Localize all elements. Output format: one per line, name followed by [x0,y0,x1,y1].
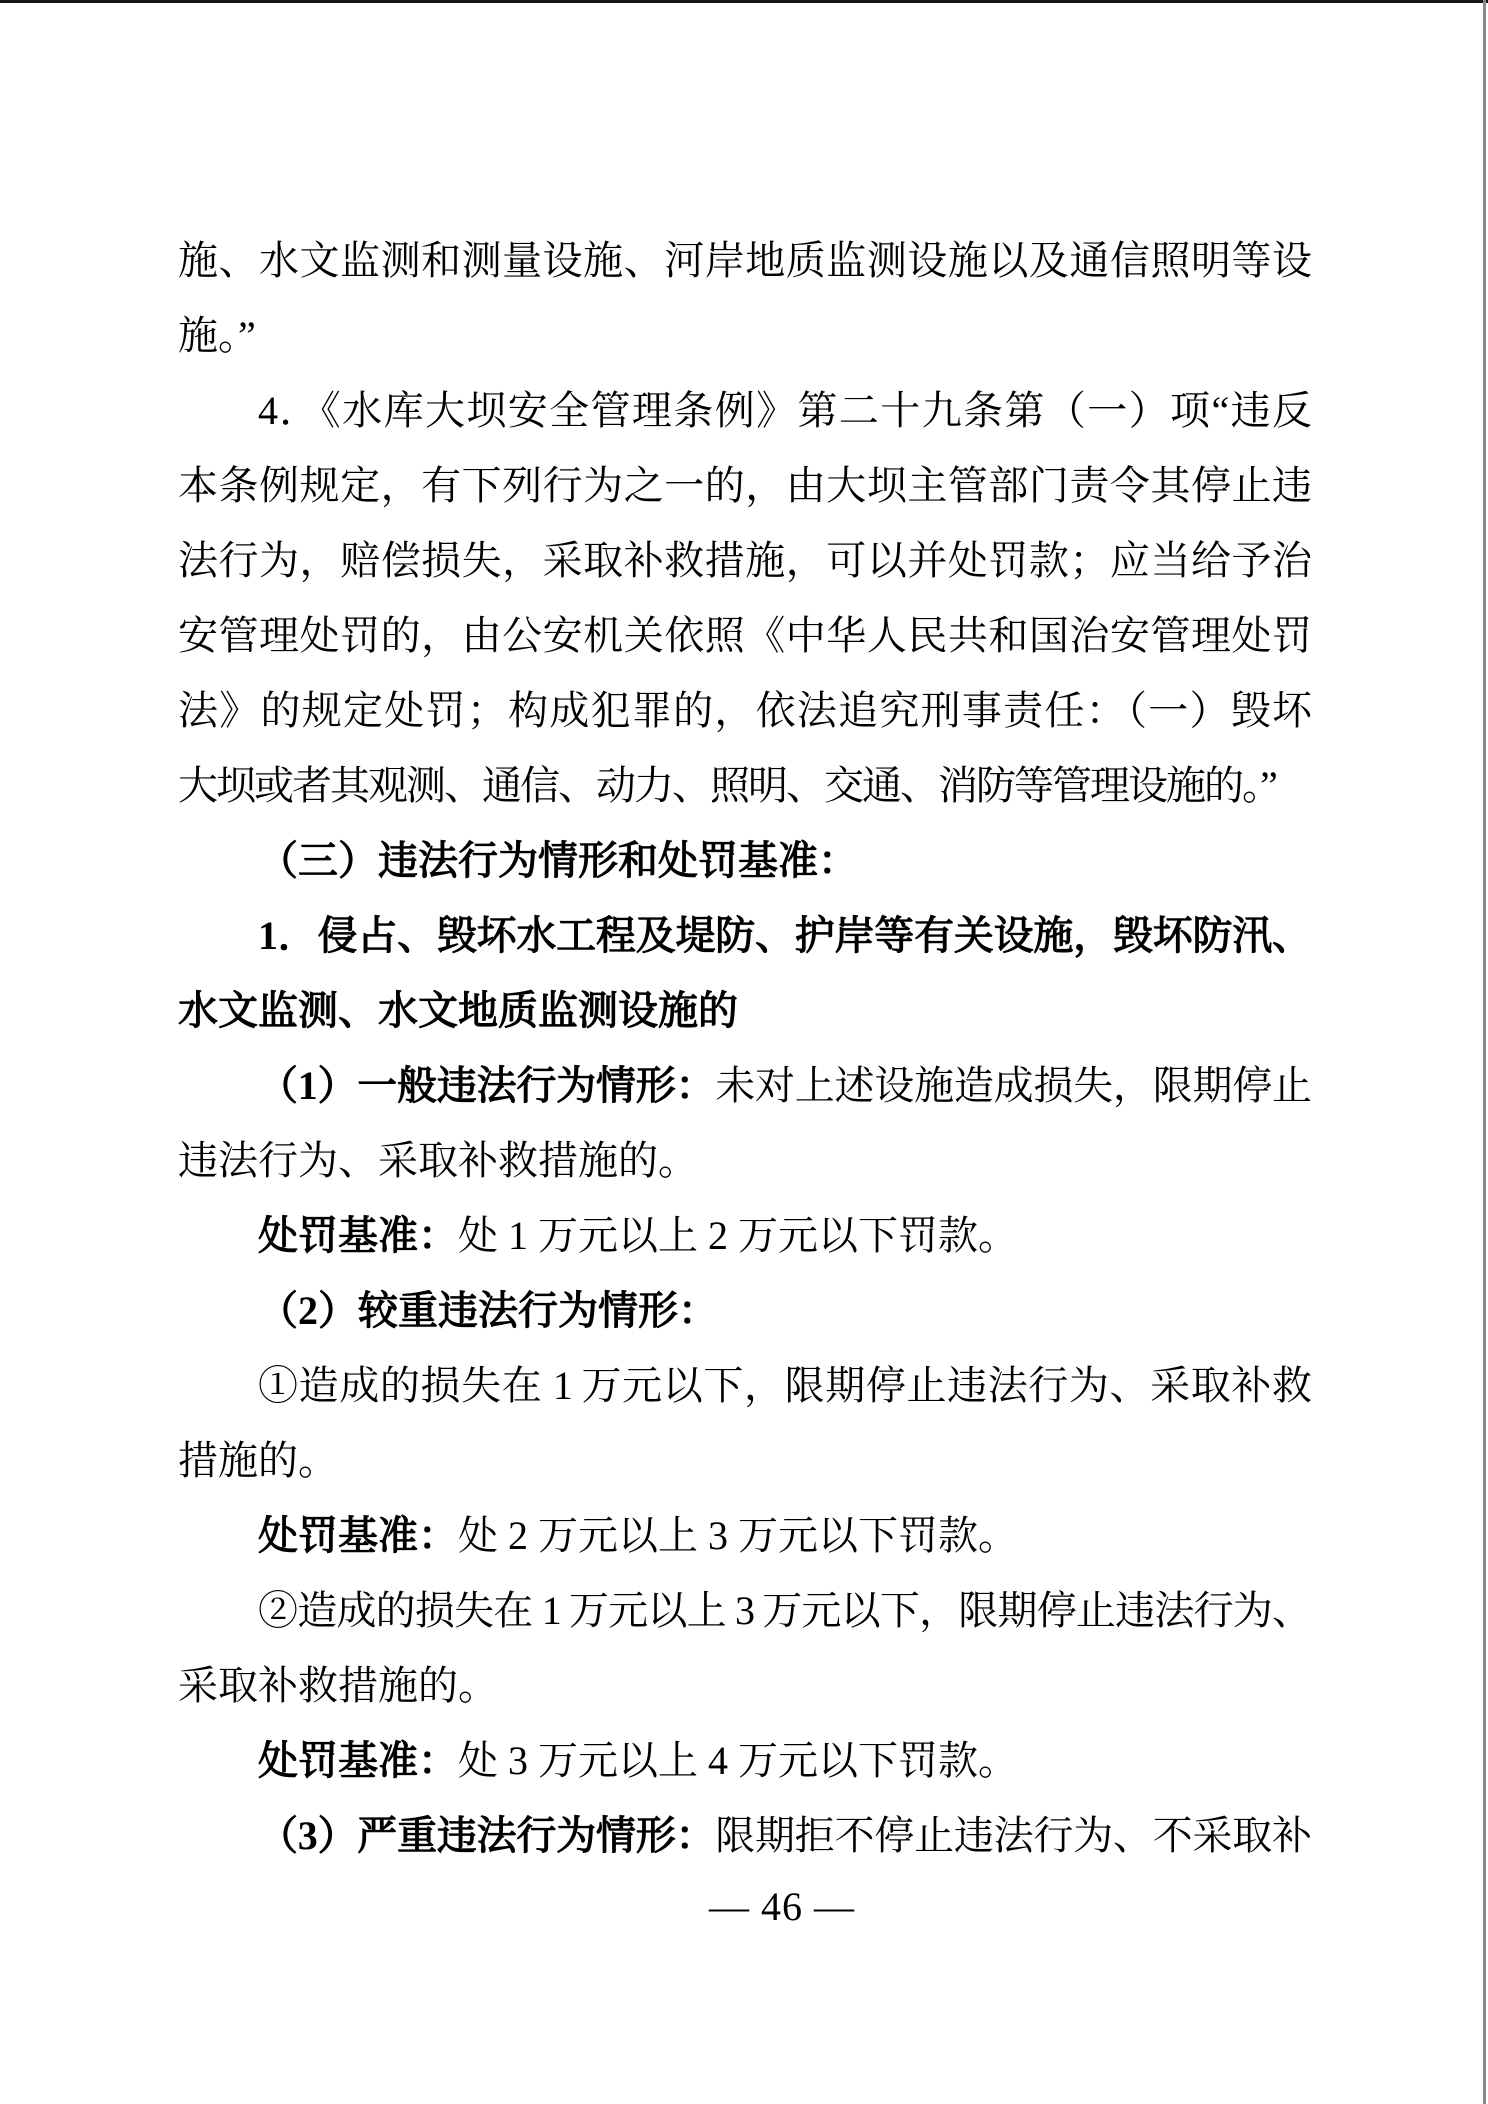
text-run: 未对上述设施造成损失，限期停止 [715,1063,1310,1108]
text-line: 违法行为、采取补救措施的。 [178,1123,1310,1198]
text-line: 处罚基准：处 2 万元以上 3 万元以下罚款。 [178,1498,1310,1573]
bold-text-run: 处罚基准： [258,1738,458,1783]
text-run: 施、水文监测和测量设施、河岸地质监测设施以及通信照明等设 [178,238,1310,283]
text-run: 采取补救措施的。 [178,1663,498,1708]
text-line: 法》的规定处罚；构成犯罪的，依法追究刑事责任：（一）毁坏 [178,673,1310,748]
document-body: 施、水文监测和测量设施、河岸地质监测设施以及通信照明等设施。”4．《水库大坝安全… [178,223,1310,1873]
text-run: 大坝或者其观测、通信、动力、照明、交通、消防等管理设施的。” [178,763,1276,808]
text-line: 安管理处罚的，由公安机关依照《中华人民共和国治安管理处罚 [178,598,1310,673]
law-citation-4: 4．《水库大坝安全管理条例》第二十九条第（一）项“违反本条例规定，有下列行为之一… [178,373,1310,823]
heavier-violation-heading: （2）较重违法行为情形： [178,1273,1310,1348]
text-line: 措施的。 [178,1423,1310,1498]
text-run: 法行为，赔偿损失，采取补救措施，可以并处罚款；应当给予治 [178,538,1310,583]
text-line: ①造成的损失在 1 万元以下，限期停止违法行为、采取补救 [178,1348,1310,1423]
text-run: 措施的。 [178,1438,338,1483]
text-line: 1．侵占、毁坏水工程及堤防、护岸等有关设施，毁坏防汛、 [178,898,1310,973]
text-line: 法行为，赔偿损失，采取补救措施，可以并处罚款；应当给予治 [178,523,1310,598]
text-run: 本条例规定，有下列行为之一的，由大坝主管部门责令其停止违 [178,463,1310,508]
text-run: 限期拒不停止违法行为、不采取补 [715,1813,1310,1858]
text-line: 水文监测、水文地质监测设施的 [178,973,1310,1048]
text-line: 处罚基准：处 3 万元以上 4 万元以下罚款。 [178,1723,1310,1798]
penalty-basis-3: 处罚基准：处 3 万元以上 4 万元以下罚款。 [178,1723,1310,1798]
section-heading-3: （三）违法行为情形和处罚基准： [178,823,1310,898]
text-run: ②造成的损失在 1 万元以上 3 万元以下，限期停止违法行为、 [258,1588,1310,1633]
text-line: ②造成的损失在 1 万元以上 3 万元以下，限期停止违法行为、 [178,1573,1310,1648]
text-run: 法》的规定处罚；构成犯罪的，依法追究刑事责任：（一）毁坏 [178,688,1310,733]
text-line: 4．《水库大坝安全管理条例》第二十九条第（一）项“违反 [178,373,1310,448]
penalty-basis-2: 处罚基准：处 2 万元以上 3 万元以下罚款。 [178,1498,1310,1573]
text-line: 采取补救措施的。 [178,1648,1310,1723]
bold-text-run: （1）一般违法行为情形： [258,1063,715,1108]
text-line: （2）较重违法行为情形： [178,1273,1310,1348]
text-run: 4．《水库大坝安全管理条例》第二十九条第（一）项“违反 [258,388,1310,433]
penalty-basis-1: 处罚基准：处 1 万元以上 2 万元以下罚款。 [178,1198,1310,1273]
text-run: 处 2 万元以上 3 万元以下罚款。 [458,1513,1018,1558]
text-line: （3）严重违法行为情形：限期拒不停止违法行为、不采取补 [178,1798,1310,1873]
heavier-violation-1: ①造成的损失在 1 万元以下，限期停止违法行为、采取补救措施的。 [178,1348,1310,1498]
bold-text-run: 1．侵占、毁坏水工程及堤防、护岸等有关设施，毁坏防汛、 [258,913,1310,958]
violation-item-1-heading: 1．侵占、毁坏水工程及堤防、护岸等有关设施，毁坏防汛、水文监测、水文地质监测设施… [178,898,1310,1048]
text-line: 处罚基准：处 1 万元以上 2 万元以下罚款。 [178,1198,1310,1273]
page-right-edge [1483,0,1486,2104]
bold-text-run: 处罚基准： [258,1213,458,1258]
bold-text-run: （三）违法行为情形和处罚基准： [258,838,858,883]
severe-violation: （3）严重违法行为情形：限期拒不停止违法行为、不采取补 [178,1798,1310,1873]
page-number: — 46 — [709,1869,855,1944]
continued-paragraph: 施、水文监测和测量设施、河岸地质监测设施以及通信照明等设施。” [178,223,1310,373]
text-line: （三）违法行为情形和处罚基准： [178,823,1310,898]
bold-text-run: （3）严重违法行为情形： [258,1813,715,1858]
text-line: 本条例规定，有下列行为之一的，由大坝主管部门责令其停止违 [178,448,1310,523]
text-run: ①造成的损失在 1 万元以下，限期停止违法行为、采取补救 [258,1363,1310,1408]
text-line: （1）一般违法行为情形：未对上述设施造成损失，限期停止 [178,1048,1310,1123]
bold-text-run: 水文监测、水文地质监测设施的 [178,988,738,1033]
text-run: 处 3 万元以上 4 万元以下罚款。 [458,1738,1018,1783]
bold-text-run: （2）较重违法行为情形： [258,1288,718,1333]
general-violation: （1）一般违法行为情形：未对上述设施造成损失，限期停止违法行为、采取补救措施的。 [178,1048,1310,1198]
page-top-border [0,0,1488,3]
text-run: 施。” [178,313,256,358]
bold-text-run: 处罚基准： [258,1513,458,1558]
text-line: 施。” [178,298,1310,373]
text-line: 大坝或者其观测、通信、动力、照明、交通、消防等管理设施的。” [178,748,1310,823]
text-run: 处 1 万元以上 2 万元以下罚款。 [458,1213,1018,1258]
text-run: 安管理处罚的，由公安机关依照《中华人民共和国治安管理处罚 [178,613,1310,658]
text-run: 违法行为、采取补救措施的。 [178,1138,698,1183]
text-line: 施、水文监测和测量设施、河岸地质监测设施以及通信照明等设 [178,223,1310,298]
heavier-violation-2: ②造成的损失在 1 万元以上 3 万元以下，限期停止违法行为、采取补救措施的。 [178,1573,1310,1723]
